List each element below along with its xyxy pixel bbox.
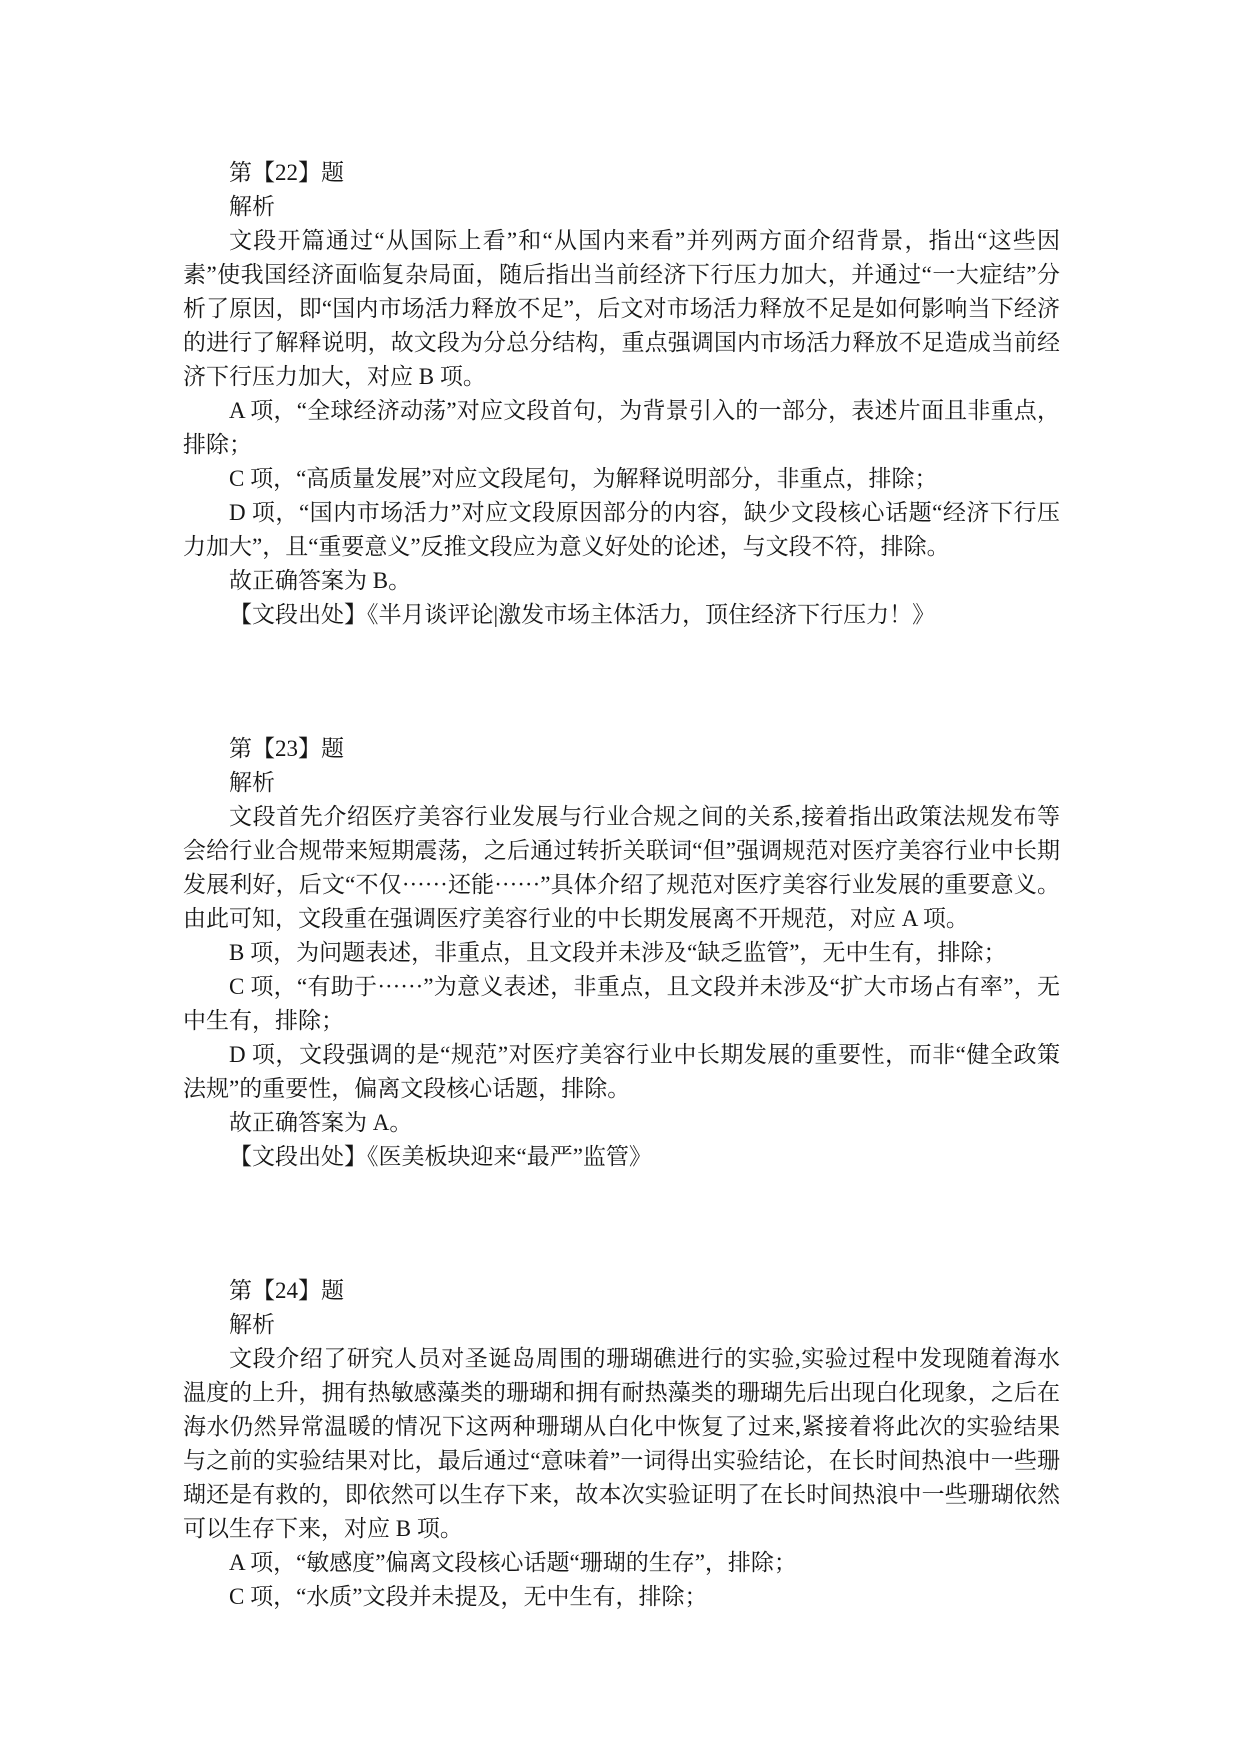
option-c-analysis: C 项，“高质量发展”对应文段尾句，为解释说明部分，非重点，排除； — [183, 462, 1060, 496]
question-number: 第【24】题 — [183, 1274, 1060, 1308]
analysis-paragraph: 文段介绍了研究人员对圣诞岛周围的珊瑚礁进行的实验,实验过程中发现随着海水温度的上… — [183, 1342, 1060, 1546]
option-a-analysis: A 项，“全球经济动荡”对应文段首句，为背景引入的一部分，表述片面且非重点，排除… — [183, 394, 1060, 462]
option-a-analysis: A 项，“敏感度”偏离文段核心话题“珊瑚的生存”，排除； — [183, 1546, 1060, 1580]
question-block-22: 第【22】题 解析 文段开篇通过“从国际上看”和“从国内来看”并列两方面介绍背景… — [183, 156, 1060, 632]
option-d-analysis: D 项，“国内市场活力”对应文段原因部分的内容，缺少文段核心话题“经济下行压力加… — [183, 496, 1060, 564]
question-number: 第【22】题 — [183, 156, 1060, 190]
option-c-analysis: C 项，“水质”文段并未提及，无中生有，排除； — [183, 1580, 1060, 1614]
source-line: 【文段出处】《医美板块迎来“最严”监管》 — [183, 1140, 1060, 1174]
question-number: 第【23】题 — [183, 732, 1060, 766]
analysis-paragraph: 文段开篇通过“从国际上看”和“从国内来看”并列两方面介绍背景，指出“这些因素”使… — [183, 224, 1060, 394]
analysis-label: 解析 — [183, 1308, 1060, 1342]
option-c-analysis: C 项，“有助于······”为意义表述，非重点，且文段并未涉及“扩大市场占有率… — [183, 970, 1060, 1038]
source-line: 【文段出处】《半月谈评论|激发市场主体活力，顶住经济下行压力！》 — [183, 598, 1060, 632]
answer-line: 故正确答案为 A。 — [183, 1106, 1060, 1140]
answer-line: 故正确答案为 B。 — [183, 564, 1060, 598]
analysis-paragraph: 文段首先介绍医疗美容行业发展与行业合规之间的关系,接着指出政策法规发布等会给行业… — [183, 800, 1060, 936]
question-block-23: 第【23】题 解析 文段首先介绍医疗美容行业发展与行业合规之间的关系,接着指出政… — [183, 732, 1060, 1174]
option-d-analysis: D 项，文段强调的是“规范”对医疗美容行业中长期发展的重要性，而非“健全政策法规… — [183, 1038, 1060, 1106]
analysis-label: 解析 — [183, 190, 1060, 224]
question-block-24: 第【24】题 解析 文段介绍了研究人员对圣诞岛周围的珊瑚礁进行的实验,实验过程中… — [183, 1274, 1060, 1614]
document-page: 第【22】题 解析 文段开篇通过“从国际上看”和“从国内来看”并列两方面介绍背景… — [0, 0, 1241, 1754]
option-b-analysis: B 项，为问题表述，非重点，且文段并未涉及“缺乏监管”，无中生有，排除； — [183, 936, 1060, 970]
analysis-label: 解析 — [183, 766, 1060, 800]
